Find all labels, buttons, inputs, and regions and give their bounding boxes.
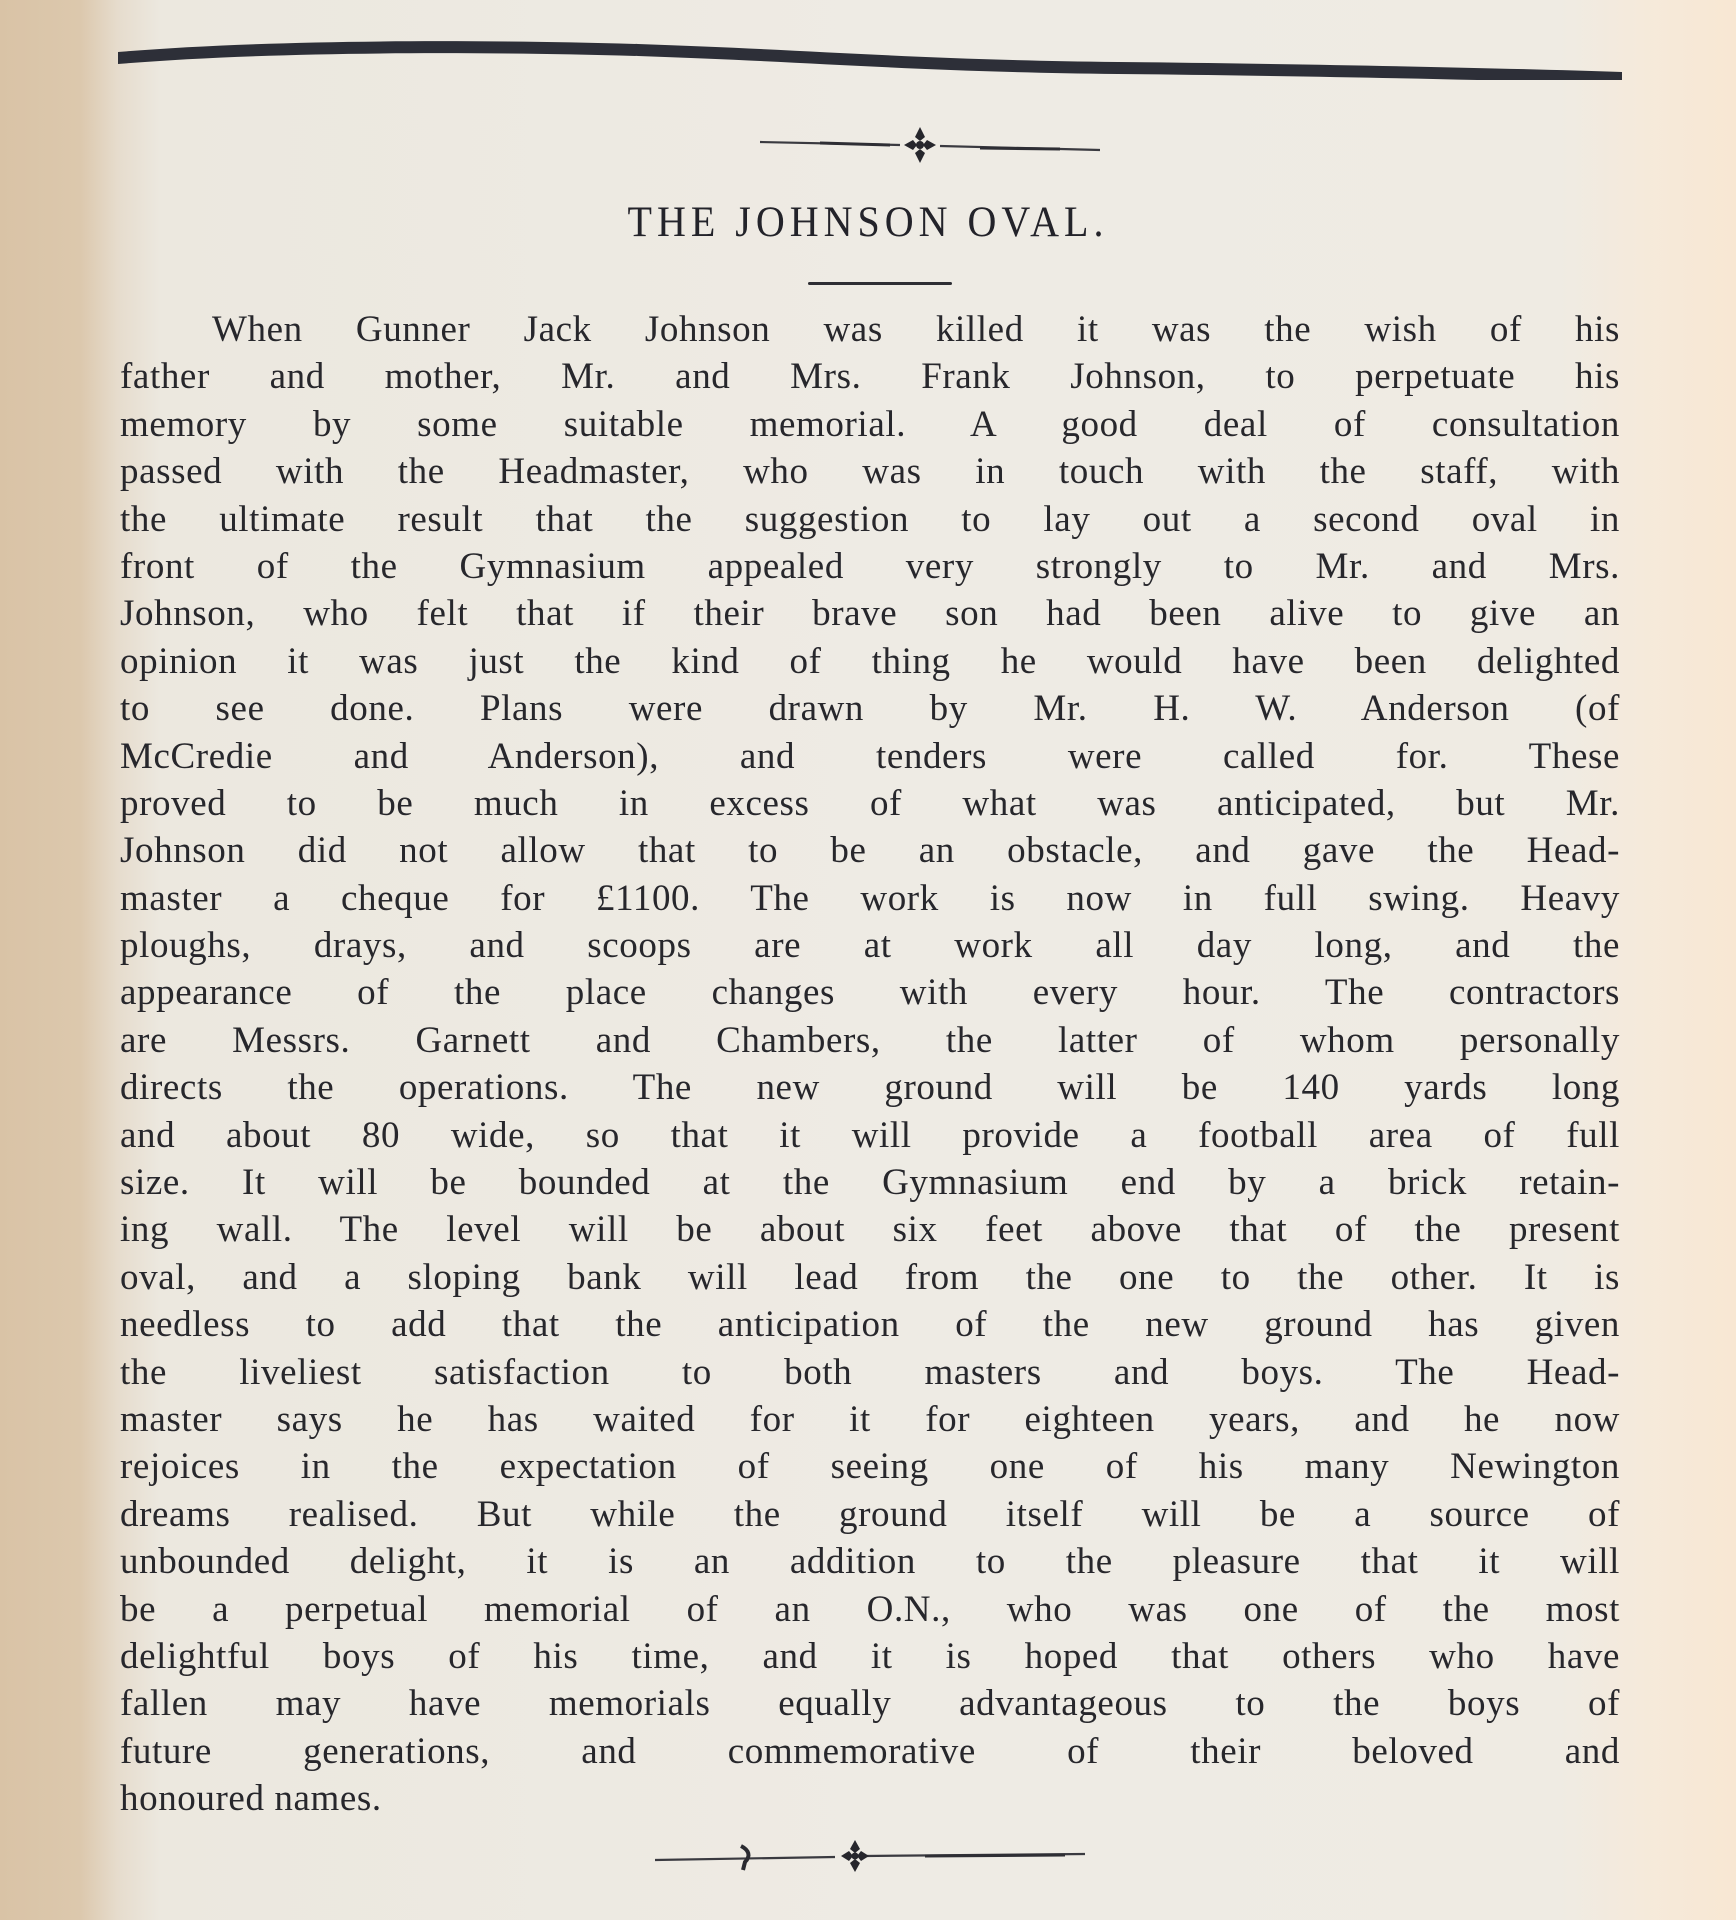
paragraph-line: memory by some suitable memorial. A good… [120,401,1620,448]
title-underline-divider [808,282,952,285]
paragraph-line: directs the operations. The new ground w… [120,1064,1620,1111]
paragraph-line: unbounded delight, it is an addition to … [120,1538,1620,1585]
paragraph-line: the liveliest satisfaction to both maste… [120,1349,1620,1396]
header-ornament-icon [760,120,1100,164]
paragraph-line: and about 80 wide, so that it will provi… [120,1112,1620,1159]
paragraph-line: are Messrs. Garnett and Chambers, the la… [120,1017,1620,1064]
paragraph-line: Johnson, who felt that if their brave so… [120,590,1620,637]
paragraph-line: master a cheque for £1100. The work is n… [120,875,1620,922]
paragraph-line: McCredie and Anderson), and tenders were… [120,733,1620,780]
paragraph-line: When Gunner Jack Johnson was killed it w… [120,306,1620,353]
article-title: THE JOHNSON OVAL. [0,196,1736,247]
paragraph-line: needless to add that the anticipation of… [120,1301,1620,1348]
paragraph-line: fallen may have memorials equally advant… [120,1680,1620,1727]
paragraph-line: proved to be much in excess of what was … [120,780,1620,827]
paragraph-line: size. It will be bounded at the Gymnasiu… [120,1159,1620,1206]
paragraph-line: future generations, and commemorative of… [120,1728,1620,1775]
paragraph-line: be a perpetual memorial of an O.N., who … [120,1586,1620,1633]
top-rule-divider [118,30,1622,80]
paragraph-line: honoured names. [120,1775,1620,1822]
footer-ornament-icon [655,1836,1085,1876]
paragraph-line: master says he has waited for it for eig… [120,1396,1620,1443]
paragraph-line: Johnson did not allow that to be an obst… [120,827,1620,874]
paragraph-line: front of the Gymnasium appealed very str… [120,543,1620,590]
paragraph-line: the ultimate result that the suggestion … [120,496,1620,543]
paragraph-line: oval, and a sloping bank will lead from … [120,1254,1620,1301]
paragraph-line: rejoices in the expectation of seeing on… [120,1443,1620,1490]
paragraph-line: delightful boys of his time, and it is h… [120,1633,1620,1680]
paragraph-line: passed with the Headmaster, who was in t… [120,448,1620,495]
paragraph-line: to see done. Plans were drawn by Mr. H. … [120,685,1620,732]
scanned-page: THE JOHNSON OVAL. When Gunner Jack Johns… [0,0,1736,1920]
paragraph-line: dreams realised. But while the ground it… [120,1491,1620,1538]
article-paragraph: When Gunner Jack Johnson was killed it w… [120,306,1620,1823]
paragraph-line: ploughs, drays, and scoops are at work a… [120,922,1620,969]
paragraph-line: ing wall. The level will be about six fe… [120,1206,1620,1253]
paragraph-line: father and mother, Mr. and Mrs. Frank Jo… [120,353,1620,400]
paragraph-line: appearance of the place changes with eve… [120,969,1620,1016]
paragraph-line: opinion it was just the kind of thing he… [120,638,1620,685]
